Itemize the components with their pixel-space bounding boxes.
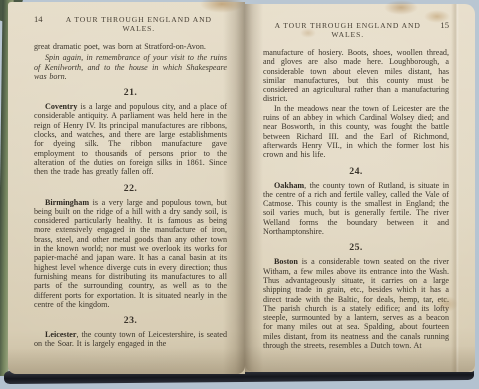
section-22-lead: Birmingham	[45, 198, 89, 207]
hosiery-continuation-paragraph: manufacture of hosiery. Boots, shoes, wo…	[263, 48, 449, 104]
left-page-content: 14 A TOUR THROUGH ENGLAND AND WALES. gre…	[8, 2, 245, 374]
left-running-head: 14 A TOUR THROUGH ENGLAND AND WALES.	[34, 14, 227, 33]
left-page-number: 14	[34, 14, 43, 24]
section-23-heading: 23.	[34, 315, 227, 326]
section-25-lead: Boston	[274, 257, 298, 266]
section-21-lead: Coventry	[45, 102, 77, 111]
section-25-text: is a considerable town seated on the riv…	[263, 257, 449, 350]
section-22-heading: 22.	[34, 183, 227, 194]
left-page: 14 A TOUR THROUGH ENGLAND AND WALES. gre…	[8, 2, 245, 374]
section-22-text: is a very large and populous town, but b…	[34, 198, 227, 309]
meadows-paragraph: In the meadows near the town of Leiceste…	[263, 104, 449, 160]
right-running-head: A TOUR THROUGH ENGLAND AND WALES. 15	[263, 20, 449, 39]
right-page-content: A TOUR THROUGH ENGLAND AND WALES. 15 man…	[245, 4, 475, 372]
section-24-lead: Oakham	[274, 181, 304, 190]
section-21-heading: 21.	[34, 87, 227, 98]
intro-continuation-paragraph: great dramatic poet, was born at Stratfo…	[34, 42, 227, 51]
section-25-paragraph: Boston is a considerable town seated on …	[263, 257, 449, 350]
section-23-lead: Leicester	[45, 330, 76, 339]
book-photo: 14 A TOUR THROUGH ENGLAND AND WALES. gre…	[0, 0, 479, 389]
right-page-number: 15	[440, 20, 449, 30]
left-running-title: A TOUR THROUGH ENGLAND AND WALES.	[59, 15, 219, 33]
right-running-title: A TOUR THROUGH ENGLAND AND WALES.	[269, 21, 426, 39]
section-23-paragraph: Leicester, the county town of Leicesters…	[34, 330, 227, 349]
section-21-text: is a large and populous city, and a plac…	[34, 102, 227, 176]
spin-again-instruction: Spin again, in remembrance of your visit…	[34, 53, 227, 81]
right-page: A TOUR THROUGH ENGLAND AND WALES. 15 man…	[245, 4, 475, 372]
section-24-heading: 24.	[263, 166, 449, 177]
section-21-paragraph: Coventry is a large and populous city, a…	[34, 102, 227, 176]
section-25-heading: 25.	[263, 242, 449, 253]
section-24-paragraph: Oakham, the county town of Rutland, is s…	[263, 181, 449, 237]
section-24-text: , the county town of Rutland, is situate…	[263, 181, 449, 236]
section-22-paragraph: Birmingham is a very large and populous …	[34, 198, 227, 310]
